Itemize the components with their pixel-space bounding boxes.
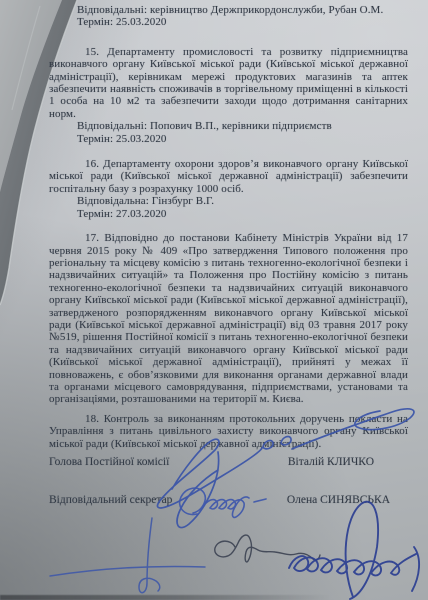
secretary-label: Відповідальний секретар — [49, 494, 172, 506]
paragraph-18: 18. Контроль за виконанням протокольних … — [49, 413, 408, 450]
paragraph-16-term: Термін: 27.03.2020 — [49, 208, 408, 220]
responsible-line-top: Відповідальні: керівництво Держприкордон… — [49, 4, 408, 16]
secretary-signature-row: Відповідальний секретар Олена СИНЯВСЬКА — [49, 494, 390, 506]
secretary-name: Олена СИНЯВСЬКА — [287, 494, 390, 506]
signature-bottom-middle — [215, 535, 320, 562]
signature-bottom-right — [289, 502, 419, 599]
signature-bottom-left — [50, 518, 205, 593]
paragraph-17: 17. Відповідно до постанови Кабінету Мін… — [49, 232, 408, 406]
document-photo: Відповідальні: керівництво Держприкордон… — [0, 0, 428, 600]
paragraph-15-term: Термін: 25.03.2020 — [49, 133, 408, 145]
paragraph-16: 16. Департаменту охорони здоров’я викона… — [49, 158, 408, 195]
paragraph-15-responsible: Відповідальні: Попович В.П., керівники п… — [49, 120, 408, 132]
chair-name: Віталій КЛИЧКО — [288, 456, 374, 468]
chair-signature-row: Голова Постійної комісії Віталій КЛИЧКО — [49, 456, 374, 468]
paragraph-16-responsible: Відповідальна: Гінзбург В.Г. — [49, 195, 408, 207]
term-line-top: Термін: 25.03.2020 — [49, 16, 408, 28]
chair-label: Голова Постійної комісії — [49, 456, 169, 468]
paragraph-15: 15. Департаменту промисловості та розвит… — [49, 46, 408, 120]
document-text: Відповідальні: керівництво Держприкордон… — [49, 4, 408, 450]
photo-bottom-edge — [0, 595, 330, 600]
